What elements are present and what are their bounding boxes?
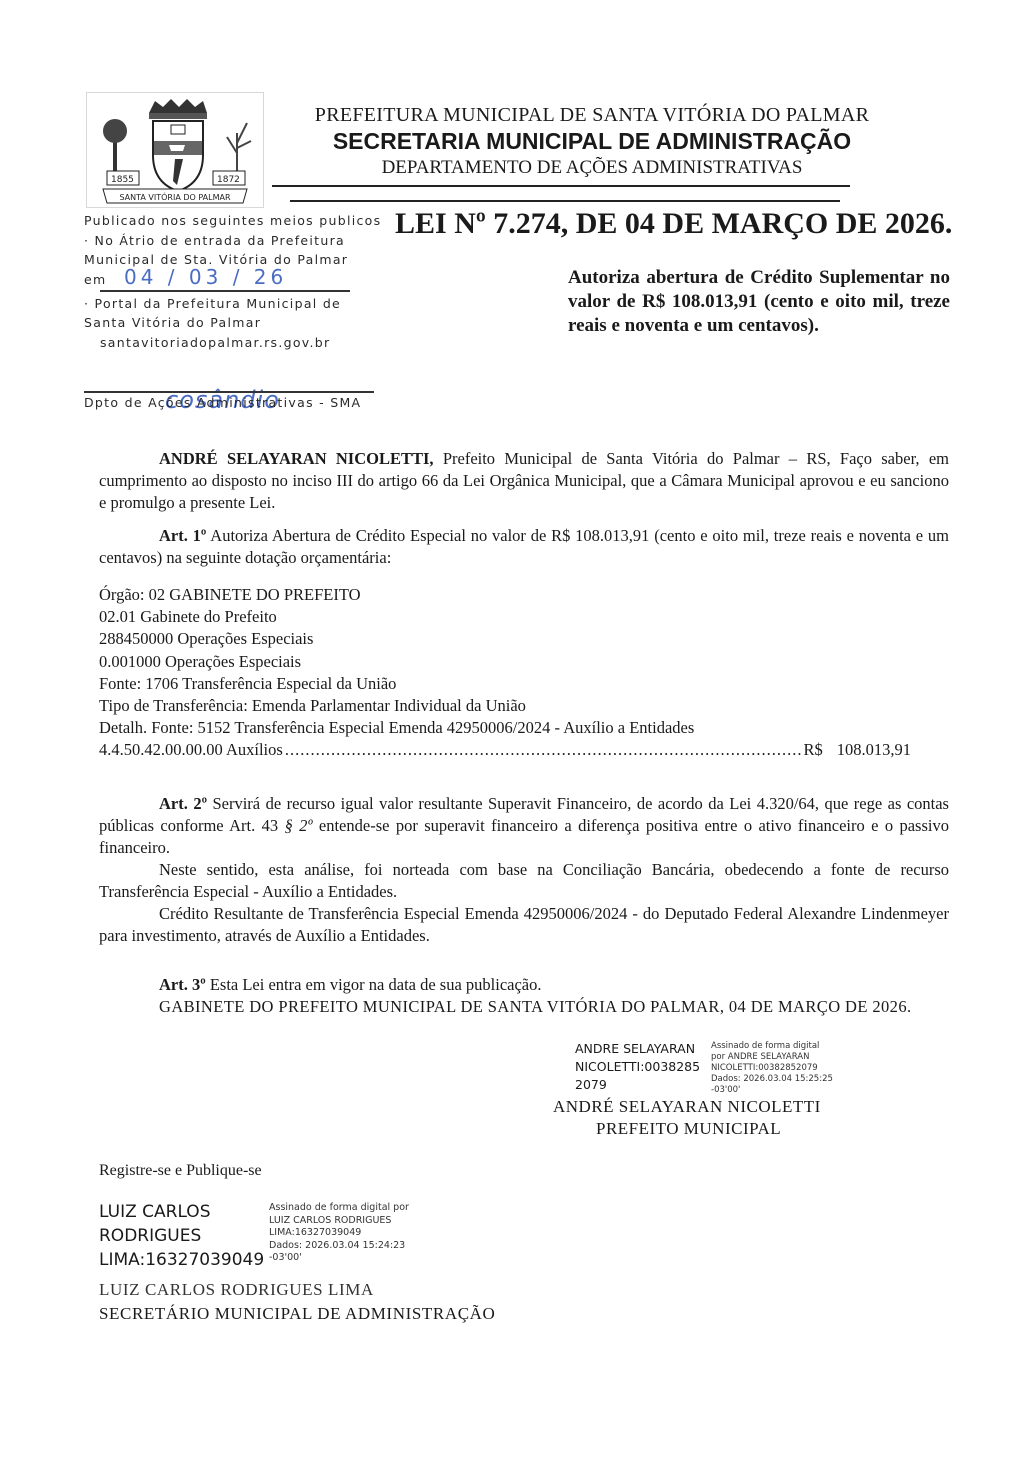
sig-meta-line: Assinado de forma digital: [711, 1041, 833, 1052]
article-2-para-2: Neste sentido, esta análise, foi nortead…: [99, 859, 949, 903]
secretary-signature-name: LUIZ CARLOS RODRIGUES LIMA:16327039049: [99, 1200, 269, 1272]
header-divider: [272, 185, 850, 187]
article-2: Art. 2º Servirá de recurso igual valor r…: [99, 793, 949, 947]
dotacao-amount: 108.013,91: [837, 739, 911, 761]
secretary-digital-signature: LUIZ CARLOS RODRIGUES LIMA:16327039049 A…: [99, 1200, 409, 1272]
sig-meta-line: -03'00': [711, 1085, 833, 1096]
sig-meta-line: Assinado de forma digital por: [269, 1202, 409, 1215]
sig-name-line: RODRIGUES: [99, 1224, 269, 1248]
svg-text:SANTA VITÓRIA DO PALMAR: SANTA VITÓRIA DO PALMAR: [119, 191, 231, 202]
article-3-para: Art. 3º Esta Lei entra em vigor na data …: [99, 974, 949, 996]
sig-name-line: LIMA:16327039049: [99, 1248, 269, 1272]
mayor-signature-meta: Assinado de forma digital por ANDRE SELA…: [711, 1040, 833, 1096]
mayor-printed-name: ANDRÉ SELAYARAN NICOLETTI: [553, 1097, 821, 1117]
dotacao-line: 02.01 Gabinete do Prefeito: [99, 606, 949, 628]
date-underline: [100, 290, 350, 292]
sig-name-line: NICOLETTI:0038285: [575, 1058, 711, 1076]
sig-meta-line: Dados: 2026.03.04 15:24:23: [269, 1240, 409, 1253]
coat-of-arms-icon: 1855 1872 SANTA VITÓRIA DO PALMAR: [87, 93, 263, 207]
dotted-leader: ........................................…: [285, 739, 802, 761]
header-departamento: DEPARTAMENTO DE AÇÕES ADMINISTRATIVAS: [272, 157, 912, 179]
article-1-label: Art. 1º: [159, 526, 206, 545]
stamp-item-atrio: · No Átrio de entrada da Prefeitura: [84, 231, 384, 251]
stamp-item-portal: · Portal da Prefeitura Municipal de: [84, 294, 384, 314]
sig-meta-line: LIMA:16327039049: [269, 1227, 409, 1240]
handwritten-date: 04 / 03 / 26: [124, 268, 287, 288]
sig-name-line: 2079: [575, 1076, 711, 1094]
dotacao-line: Tipo de Transferência: Emenda Parlamenta…: [99, 695, 949, 717]
preamble: ANDRÉ SELAYARAN NICOLETTI, Prefeito Muni…: [99, 448, 949, 514]
svg-text:1872: 1872: [217, 175, 240, 185]
mayor-name-bold: ANDRÉ SELAYARAN NICOLETTI,: [159, 449, 434, 468]
header-prefeitura: PREFEITURA MUNICIPAL DE SANTA VITÓRIA DO…: [272, 104, 912, 127]
header-secretaria: SECRETARIA MUNICIPAL DE ADMINISTRAÇÃO: [272, 128, 912, 155]
dotacao-line: Detalh. Fonte: 5152 Transferência Especi…: [99, 717, 949, 739]
dotacao-currency: R$: [803, 739, 822, 761]
stamp-heading: Publicado nos seguintes meios publicos: [84, 211, 384, 231]
register-publish-note: Registre-se e Publique-se: [99, 1162, 262, 1180]
law-title: LEI Nº 7.274, DE 04 DE MARÇO DE 2026.: [395, 207, 952, 241]
stamp-portal-url: santavitoriadopalmar.rs.gov.br: [84, 333, 384, 353]
sig-meta-line: LUIZ CARLOS RODRIGUES: [269, 1215, 409, 1228]
dotacao-line: Fonte: 1706 Transferência Especial da Un…: [99, 673, 949, 695]
dotacao-line: 288450000 Operações Especiais: [99, 628, 949, 650]
mayor-role: PREFEITO MUNICIPAL: [596, 1119, 781, 1139]
dotacao-line: 0.001000 Operações Especiais: [99, 651, 949, 673]
dotacao-orcamentaria: Órgão: 02 GABINETE DO PREFEITO 02.01 Gab…: [99, 584, 949, 762]
stamp-em-label: em: [84, 272, 106, 287]
article-1: Art. 1º Autoriza Abertura de Crédito Esp…: [99, 525, 949, 569]
law-ementa: Autoriza abertura de Crédito Suplementar…: [568, 266, 950, 338]
article-2-para-3: Crédito Resultante de Transferência Espe…: [99, 903, 949, 947]
closing-line: GABINETE DO PREFEITO MUNICIPAL DE SANTA …: [99, 996, 949, 1018]
mayor-digital-signature: ANDRE SELAYARAN NICOLETTI:0038285 2079 A…: [575, 1040, 833, 1096]
article-2-label: Art. 2º: [159, 794, 207, 813]
stamp-item-portal-cont: Santa Vitória do Palmar: [84, 313, 384, 333]
sig-name-line: ANDRE SELAYARAN: [575, 1040, 711, 1058]
article-2-para-1: Art. 2º Servirá de recurso igual valor r…: [99, 793, 949, 859]
article-3-label: Art. 3º: [159, 975, 206, 994]
svg-text:1855: 1855: [111, 175, 134, 185]
stamp-signature-line: [84, 391, 374, 393]
sig-meta-line: NICOLETTI:00382852079: [711, 1063, 833, 1074]
article-1-text: Autoriza Abertura de Crédito Especial no…: [99, 526, 949, 567]
sig-meta-line: por ANDRE SELAYARAN: [711, 1052, 833, 1063]
secretary-role: SECRETÁRIO MUNICIPAL DE ADMINISTRAÇÃO: [99, 1304, 495, 1324]
sig-name-line: LUIZ CARLOS: [99, 1200, 269, 1224]
header-divider: [290, 200, 840, 202]
article-3: Art. 3º Esta Lei entra em vigor na data …: [99, 974, 949, 1018]
sig-meta-line: Dados: 2026.03.04 15:25:25: [711, 1074, 833, 1085]
dotacao-line: Órgão: 02 GABINETE DO PREFEITO: [99, 584, 949, 606]
dotacao-item-label: 4.4.50.42.00.00.00 Auxílios: [99, 739, 283, 761]
stamp-date-row: em 04 / 03 / 26: [84, 270, 384, 294]
dotacao-amount-row: 4.4.50.42.00.00.00 Auxílios ............…: [99, 739, 911, 761]
section-symbol: § 2º: [284, 816, 312, 835]
stamp-footer: Dpto de Ações Administrativas - SMA: [84, 395, 361, 410]
publication-stamp: Publicado nos seguintes meios publicos ·…: [84, 211, 384, 352]
sig-meta-line: -03'00': [269, 1252, 409, 1265]
article-3-text: Esta Lei entra em vigor na data de sua p…: [206, 975, 542, 994]
secretary-printed-name: LUIZ CARLOS RODRIGUES LIMA: [99, 1280, 374, 1300]
secretary-signature-meta: Assinado de forma digital por LUIZ CARLO…: [269, 1200, 409, 1272]
mayor-signature-name: ANDRE SELAYARAN NICOLETTI:0038285 2079: [575, 1040, 711, 1096]
municipal-coat-of-arms-logo: 1855 1872 SANTA VITÓRIA DO PALMAR: [86, 92, 264, 208]
